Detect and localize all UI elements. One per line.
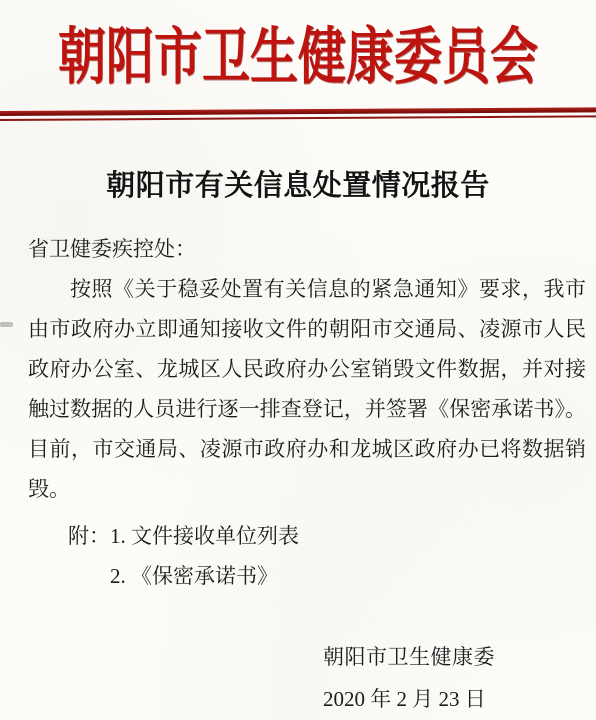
paragraph-line: 按照《关于稳妥处置有关信息的紧急通知》要求，我市 <box>28 269 586 309</box>
paragraph-line: 毁。 <box>28 469 586 509</box>
red-separator-rule <box>0 107 596 121</box>
letterhead-title: 朝阳市卫生健康委员会 <box>0 7 596 95</box>
attachment-item-1: 附：1. 文件接收单位列表 <box>28 516 586 556</box>
signature-block: 朝阳市卫生健康委 2020 年 2 月 23 日 <box>323 636 495 720</box>
main-paragraph: 按照《关于稳妥处置有关信息的紧急通知》要求，我市 由市政府办立即通知接收文件的朝… <box>28 269 586 509</box>
signature-date: 2020 年 2 月 23 日 <box>323 678 495 720</box>
scan-smudge-artifact <box>0 322 13 327</box>
paragraph-line: 政府办公室、龙城区人民政府办公室销毁文件数据，并对接 <box>28 349 586 389</box>
signature-org: 朝阳市卫生健康委 <box>323 636 495 678</box>
salutation: 省卫健委疾控处： <box>28 229 586 269</box>
attachment-item-2: 2. 《保密承诺书》 <box>28 556 586 596</box>
paragraph-line: 目前，市交通局、凌源市政府办和龙城区政府办已将数据销 <box>28 429 586 469</box>
document-body: 省卫健委疾控处： 按照《关于稳妥处置有关信息的紧急通知》要求，我市 由市政府办立… <box>28 229 586 596</box>
document-page: 朝阳市卫生健康委员会 朝阳市有关信息处置情况报告 省卫健委疾控处： 按照《关于稳… <box>0 0 596 720</box>
paragraph-line: 触过数据的人员进行逐一排查登记，并签署《保密承诺书》。 <box>28 389 586 429</box>
document-title: 朝阳市有关信息处置情况报告 <box>0 163 596 204</box>
attachment-list: 附：1. 文件接收单位列表 2. 《保密承诺书》 <box>28 516 586 596</box>
paragraph-line: 由市政府办立即通知接收文件的朝阳市交通局、凌源市人民 <box>28 309 586 349</box>
